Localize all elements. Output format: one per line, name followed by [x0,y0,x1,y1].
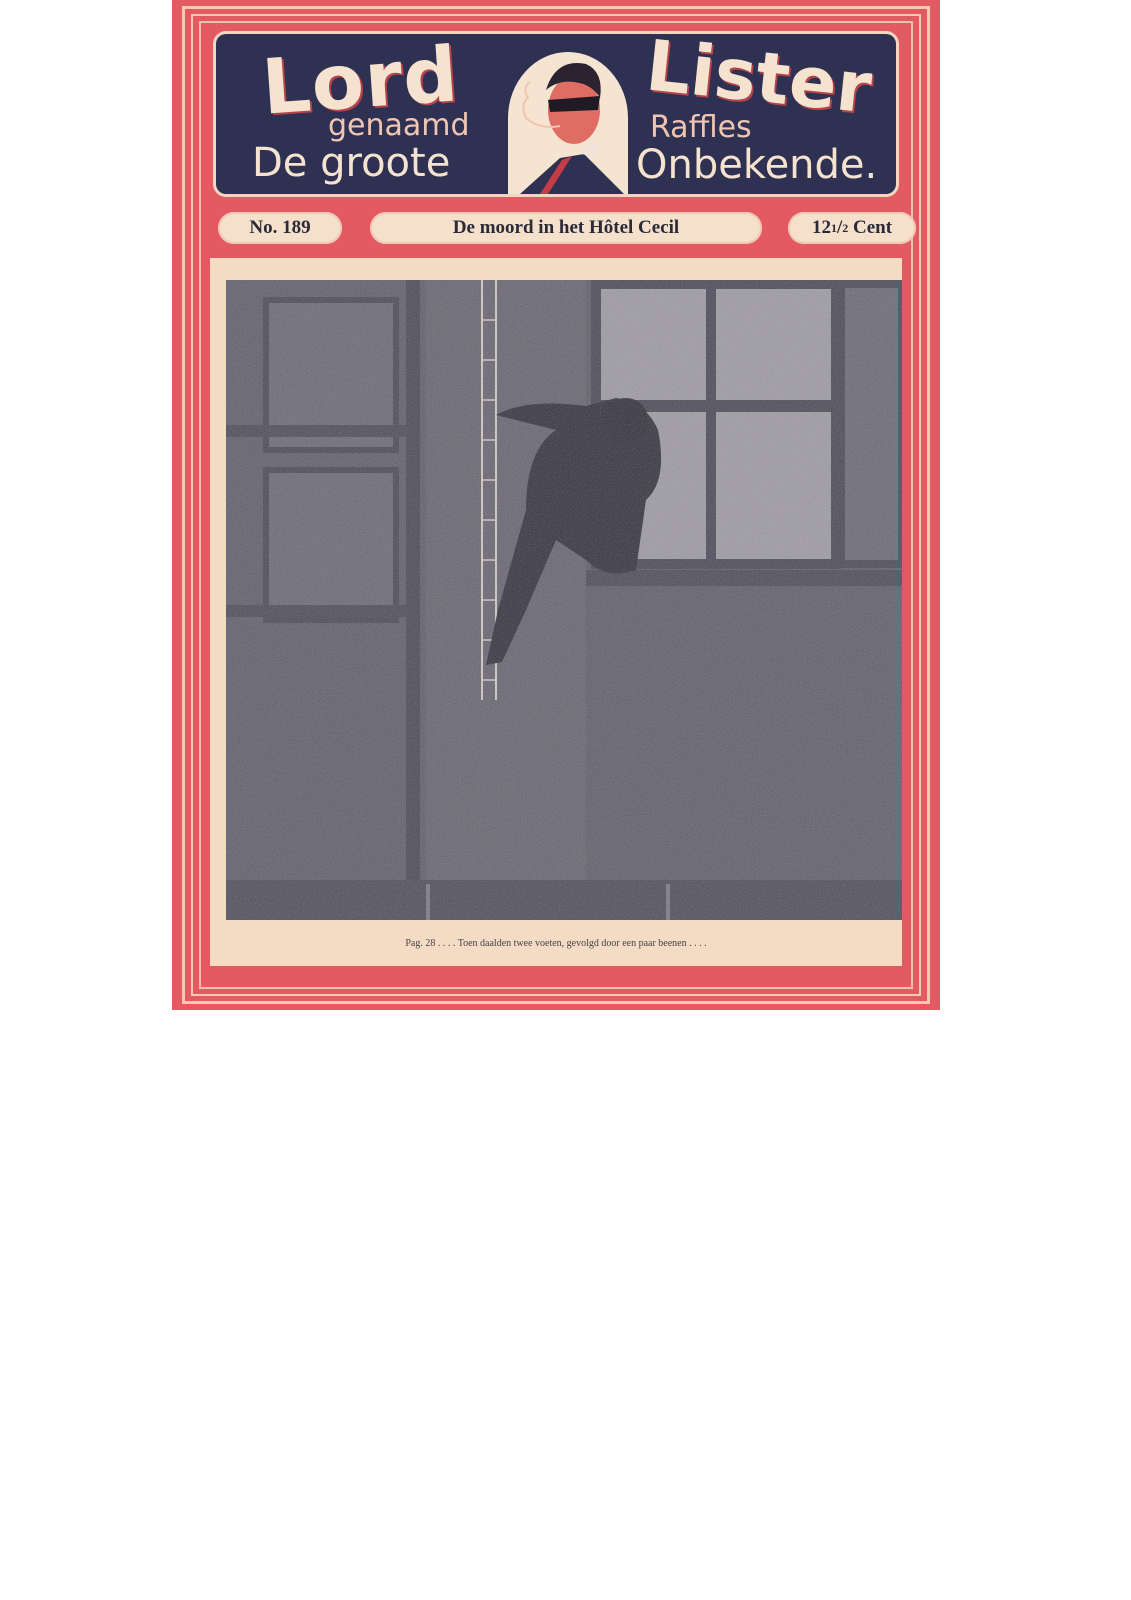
magazine-cover: Lord genaamd De groote Lister Raffles On… [172,0,940,1010]
story-title-badge: De moord in het Hôtel Cecil [370,212,762,244]
price-whole: 12 [812,217,831,239]
price-denominator: 2 [842,221,848,236]
masked-man-portrait-icon [500,48,636,194]
illustration-climbing-man [226,280,902,920]
title-raffles: Raffles [650,110,752,145]
title-genaamd: genaamd [328,108,470,143]
price-badge: 121/2 Cent [788,212,916,244]
issue-number-badge: No. 189 [218,212,342,244]
issue-number: No. 189 [249,217,310,239]
illustration-caption: Pag. 28 . . . . Toen daalden twee voeten… [210,938,902,949]
price-numerator: 1 [831,221,837,236]
masthead: Lord genaamd De groote Lister Raffles On… [216,34,896,194]
illustration-panel: Pag. 28 . . . . Toen daalden twee voeten… [210,258,902,966]
story-title: De moord in het Hôtel Cecil [453,217,679,239]
price-unit: Cent [853,217,892,239]
title-de-groote: De groote [252,140,450,186]
title-onbekende: Onbekende. [636,142,877,188]
